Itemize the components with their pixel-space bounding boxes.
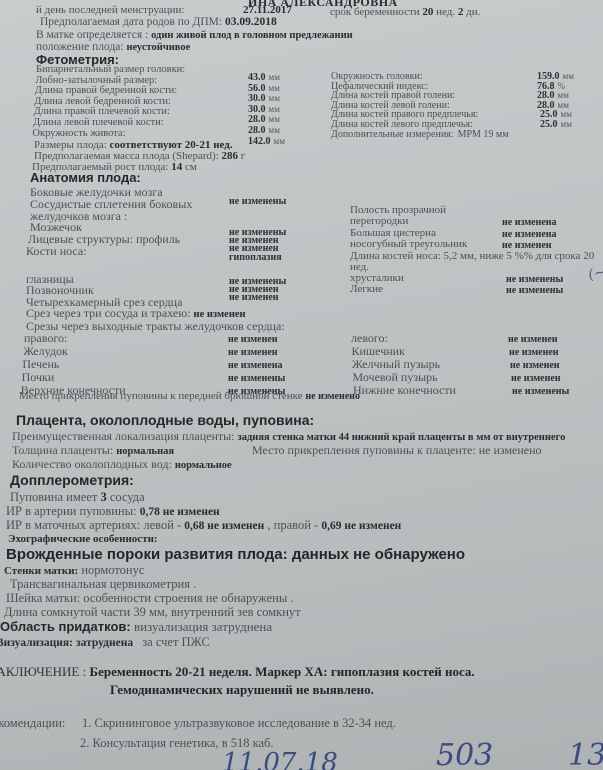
cervix-value: особенности строения не обнаружены . — [83, 591, 293, 605]
placenta-thickness-row: Толщина плаценты: нормальная — [12, 443, 174, 458]
fetometry-value: 142.0мм — [248, 136, 285, 147]
visualization-reason: за счет ПЖС — [142, 635, 210, 649]
edd-label: Предполагаемая дата родов по ДПМ: — [40, 16, 222, 28]
placenta-location-row: Преимущественная локализация плаценты: з… — [12, 429, 565, 444]
organ-value: не изменена — [228, 360, 283, 371]
conclusion-line1: Беременность 20-21 неделя. Маркер ХА: ги… — [89, 664, 474, 679]
uterine-walls-value: нормотонус — [81, 563, 144, 577]
malformations-row: Врожденные пороки развития плода: данных… — [6, 546, 465, 563]
organ-label: Верхние конечности — [21, 383, 126, 398]
visualization-label: Визуализация: — [0, 637, 73, 649]
organ-label: Нижние конечности — [353, 383, 456, 398]
anatomy-value: не изменена — [502, 217, 557, 228]
fetometry-number: 43.0 — [248, 72, 266, 83]
fetal-mass-unit: г — [241, 150, 246, 162]
ri-uterine-row: ИР в маточных артериях: левой - 0,68 не … — [6, 518, 401, 533]
fetometry-value: 25.0мм — [540, 119, 572, 130]
uterine-walls-row: Стенки матки: нормотонус — [4, 563, 144, 578]
handwritten-date: 11.07.18 — [222, 748, 338, 770]
cord-vessels-row: Пуповина имеет 3 сосуда — [10, 490, 145, 505]
fetometry-unit: мм — [269, 72, 280, 82]
fetometry-unit: % — [558, 81, 566, 91]
anatomy-label: Длина костей носа: 5,2 мм, ниже 5 %% для… — [350, 250, 594, 262]
placenta-title: Плацента, околоплодные воды, пуповина: — [16, 412, 314, 428]
fetometry-unit: мм — [561, 119, 572, 129]
fetometry-value: 56.0мм — [248, 83, 280, 94]
term-label-text: срок беременности — [330, 6, 420, 18]
recommendations-label: Рекомендации: — [0, 716, 65, 731]
conclusion-row: ЗАКЛЮЧЕНИЕ : Беременность 20-21 неделя. … — [0, 664, 475, 680]
anatomy-label: Кости носа: — [26, 244, 87, 259]
fetometry-unit: мм — [269, 93, 280, 103]
organ-value: не изменен — [228, 347, 278, 358]
cord-placenta-value: не изменено — [479, 443, 542, 457]
placenta-thickness-label: Толщина плаценты: — [12, 443, 113, 457]
ri-cord-row: ИР в артерии пуповины: 0,78 не изменен — [6, 504, 220, 519]
placenta-location-value: задняя стенка матки 44 нижний край плаце… — [238, 432, 566, 443]
handwritten-room: 503 — [436, 738, 493, 770]
fetometry-unit: мм — [269, 114, 280, 124]
edd-value: 03.09.2018 — [225, 16, 277, 28]
ri-cord-label: ИР в артерии пуповины: — [6, 504, 137, 518]
term-weeks-unit: нед. — [436, 6, 455, 18]
fetometry-number: 30.0 — [248, 104, 266, 115]
organ-value: не изменены — [228, 386, 285, 397]
fetometry-label: Длина правой плечевой кости: — [34, 106, 170, 117]
visualization-row: Визуализация: затруднена за счет ПЖС — [0, 635, 210, 650]
fetometry-unit: мм — [269, 125, 280, 135]
fetometry-unit: мм — [269, 83, 280, 93]
fetal-mass-value: 286 — [222, 150, 239, 162]
adnexa-label: Область придатков: — [0, 619, 131, 634]
anatomy-label: Легкие — [350, 283, 383, 295]
term-days: 2 — [458, 6, 464, 18]
fetometry-value: 30.0мм — [248, 104, 280, 115]
doppler-title: Допплерометрия: — [10, 472, 134, 488]
fetometry-label: Длина левой плечевой кости: — [33, 117, 164, 128]
cervix-row: Шейка матки: особенности строения не обн… — [6, 591, 294, 606]
anatomy-value: не изменен — [229, 292, 279, 303]
organ-value: не изменены — [228, 373, 285, 384]
fetometry-number: 30.0 — [248, 93, 266, 104]
anatomy-value: не изменены — [229, 196, 286, 207]
lmp-value: 27.11.2017 — [243, 4, 292, 16]
organ-value: не изменен — [510, 360, 560, 371]
uterus-label: В матке определяется : — [36, 29, 148, 41]
fetometry-label: Окружность живота: — [32, 128, 125, 139]
fetal-height-value: 14 — [171, 161, 182, 173]
anatomy-value: не изменены — [506, 285, 563, 296]
fetometry-label: Длина левой бедренной кости: — [34, 96, 171, 107]
adnexa-value: визуализация затруднена — [134, 619, 272, 634]
anatomy-title: Анатомия плода: — [30, 170, 141, 185]
term-days-unit: дн. — [466, 6, 480, 18]
fetometry-label: Дополнительные измерения:МРМ 19 мм — [331, 129, 509, 140]
position-value: неустойчивое — [126, 42, 190, 53]
cervix-length: Длина сомкнутой части 39 мм, внутренний … — [4, 605, 301, 620]
ri-uterine-mid: , правой - — [267, 518, 318, 532]
fetometry-value: 28.0мм — [248, 125, 280, 136]
fetometry-unit: мм — [563, 71, 574, 81]
ri-uterine-left: 0,68 не изменен — [184, 520, 264, 532]
amniotic-fluid-row: Количество околоплодных вод: нормальное — [12, 457, 232, 472]
fetometry-number: 28.0 — [248, 125, 266, 136]
fetometry-unit: мм — [561, 109, 572, 119]
anatomy-value: не изменена — [502, 229, 557, 240]
lmp-label: й день последней менструации: — [36, 4, 184, 16]
placenta-thickness-value: нормальная — [116, 446, 174, 457]
fetometry-unit: мм — [558, 90, 569, 100]
cervix-label: Шейка матки: — [6, 591, 80, 605]
ultrasound-report-page: ИНА АЛЕКСАНДРОВНА й день последней менст… — [0, 0, 603, 770]
fetometry-unit: мм — [269, 104, 280, 114]
fetometry-unit: мм — [558, 100, 569, 110]
anatomy-value: гипоплазия — [229, 252, 282, 263]
cord-placenta-row: Место прикрепления пуповины к плаценте: … — [252, 443, 542, 458]
cord-vessels-label: Пуповина имеет — [10, 490, 97, 504]
fetometry-label: Лобно-затылочный размер: — [35, 75, 157, 86]
fetometry-unit: мм — [274, 136, 285, 146]
anatomy-label: Четырехкамерный срез сердца — [26, 295, 182, 310]
handwritten-note: (~5,5 — [588, 262, 603, 280]
fetometry-number: 25.0 — [540, 119, 558, 130]
fetometry-value: 28.0мм — [248, 114, 280, 125]
organ-value: не изменен — [509, 347, 559, 358]
term-label: срок беременности 20 нед. 2 дн. — [330, 6, 480, 18]
uterine-walls-label: Стенки матки: — [4, 565, 78, 577]
handwritten-number: 13 — [568, 738, 603, 770]
ri-uterine-right: 0,69 не изменен — [321, 520, 401, 532]
ri-cord-value: 0,78 не изменен — [140, 506, 220, 518]
cord-vessels-value: 3 — [100, 490, 106, 504]
organ-value: не изменен — [511, 373, 561, 384]
anatomy-label: носогубный треугольник — [350, 238, 467, 250]
fetometry-label: Длина правой бедренной кости: — [35, 85, 177, 96]
fetometry-number: 28.0 — [248, 114, 266, 125]
malformations-value: данных не обнаружено — [292, 546, 465, 563]
anatomy-value: не изменены — [506, 274, 563, 285]
organ-value: не изменены — [512, 386, 569, 397]
organ-value: не изменен — [228, 334, 278, 345]
amniotic-fluid-label: Количество околоплодных вод: — [12, 457, 172, 471]
handwritten-note-text: (~5,5 — [587, 258, 603, 283]
amniotic-fluid-value: нормальное — [175, 460, 232, 471]
conclusion-line2: Гемодинамических нарушений не выявлено. — [110, 682, 374, 698]
anatomy-label: перегородки — [350, 215, 408, 227]
fetometry-number: 56.0 — [248, 83, 266, 94]
adnexa-row: Область придатков: визуализация затрудне… — [0, 619, 272, 635]
ri-uterine-label: ИР в маточных артериях: левой - — [6, 518, 181, 532]
recommendation-item-1: 1. Скрининговое ультразвуковое исследова… — [82, 716, 396, 731]
fetometry-value: 30.0мм — [248, 93, 280, 104]
fetometry-number: 142.0 — [248, 136, 271, 147]
fetometry-label: Бипариетальный размер головки: — [36, 64, 185, 75]
fetometry-value: 43.0мм — [248, 72, 280, 83]
edd-row: Предполагаемая дата родов по ДПМ: 03.09.… — [40, 16, 277, 28]
conclusion-label: ЗАКЛЮЧЕНИЕ : — [0, 664, 86, 679]
uterus-row: В матке определяется : один живой плод в… — [36, 29, 353, 41]
cord-placenta-label: Место прикрепления пуповины к плаценте: — [252, 443, 476, 457]
term-weeks: 20 — [422, 6, 433, 18]
tv-cervicometry: Трансвагинальная цервикометрия . — [10, 577, 196, 592]
uterus-value: один живой плод в головном предлежании — [151, 30, 353, 41]
visualization-value: затруднена — [76, 637, 133, 649]
organ-value: не изменен — [508, 334, 558, 345]
malformations-label: Врожденные пороки развития плода: — [6, 546, 288, 563]
fetal-height-unit: см — [185, 161, 197, 173]
echo-features-label: Эхографические особенности: — [8, 533, 158, 545]
cord-insertion-value: не изменено — [305, 391, 360, 402]
extra-measurement-value: МРМ 19 мм — [458, 129, 509, 140]
placenta-location-label: Преимущественная локализация плаценты: — [12, 429, 235, 443]
cord-vessels-unit: сосуда — [110, 490, 145, 504]
